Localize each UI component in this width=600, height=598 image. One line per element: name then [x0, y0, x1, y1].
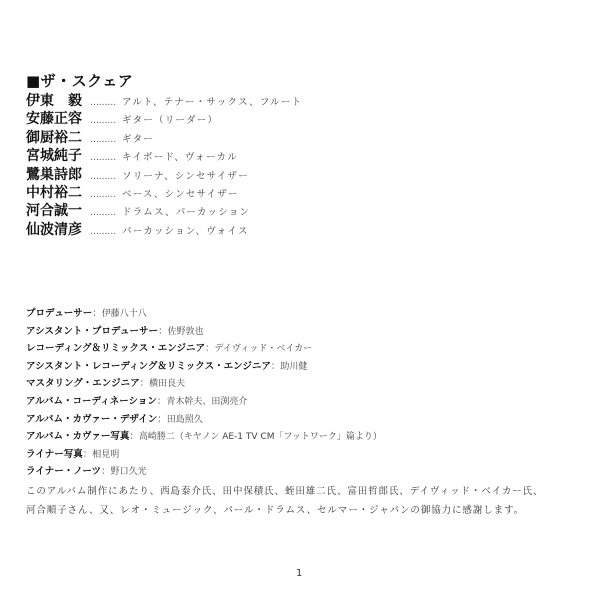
credit-value: 横田良夫 [149, 379, 185, 389]
member-name: 宮城純子 [26, 147, 90, 165]
member-row: 御厨裕二 ……… ギター [26, 129, 302, 147]
member-row: 宮城純子 ……… キイボード、ヴォーカル [26, 147, 302, 165]
credit-label: アルバム・カヴァー写真 [26, 431, 129, 442]
member-row: 河合誠一 ……… ドラムス、パーカッション [26, 202, 302, 220]
credit-value: 佐野敦也 [168, 327, 204, 337]
leader-dots: ……… [90, 223, 122, 241]
leader-dots: ……… [90, 204, 122, 222]
member-row: 鷺巣詩郎 ……… ソリーナ、シンセサイザー [26, 166, 302, 184]
member-name: 河合誠一 [26, 202, 90, 220]
credit-value: 伊藤八十八 [102, 309, 147, 319]
member-row: 安藤正容 ……… ギター（リーダー） [26, 110, 302, 128]
credit-row: ライナー・ノーツ：野口久光 [26, 460, 382, 478]
member-name: 中村裕二 [26, 184, 90, 202]
acknowledgement-line: 河合順子さん、又、レオ・ミュージック、パール・ドラムス、セルマー・ジャパンの御協… [26, 501, 586, 520]
member-role: ドラムス、パーカッション [122, 204, 250, 222]
member-row: 伊東 毅 ……… アルト、テナー・サックス、フルート [26, 92, 302, 110]
member-role: キイボード、ヴォーカル [122, 149, 238, 167]
member-role: アルト、テナー・サックス、フルート [122, 94, 302, 112]
credit-value: 青木幹夫、田渕亮介 [166, 397, 247, 407]
credit-separator: ： [157, 396, 167, 407]
member-role: ギター（リーダー） [122, 112, 218, 130]
credit-label: アシスタント・レコーディング＆リミックス・エンジニア [26, 361, 271, 372]
member-name: 御厨裕二 [26, 129, 90, 147]
credit-separator: ： [83, 449, 93, 460]
credit-row: プロデューサー：伊藤八十八 [26, 302, 382, 320]
credit-label: アルバム・カヴァー・デザイン [26, 414, 157, 425]
member-name: 伊東 毅 [26, 92, 90, 110]
credit-row: マスタリング・エンジニア：横田良夫 [26, 372, 382, 390]
member-role: ベース、シンセサイザー [122, 186, 239, 204]
credit-value: 相見明 [92, 450, 119, 460]
credit-separator: ： [140, 378, 150, 389]
page-number: 1 [296, 568, 302, 579]
credit-label: マスタリング・エンジニア [26, 378, 140, 389]
credit-value: 助川健 [280, 362, 307, 372]
acknowledgement-line: このアルバム制作にあたり、西島泰介氏、田中保積氏、蛭田雄二氏、富田哲郎氏、デイヴ… [26, 482, 586, 501]
band-title: ■ザ・スクェア [26, 70, 302, 92]
credit-row: ライナー写真：相見明 [26, 443, 382, 461]
credit-separator: ： [157, 414, 167, 425]
credit-separator: ： [271, 361, 281, 372]
credit-row: アルバム・コーディネーション：青木幹夫、田渕亮介 [26, 390, 382, 408]
member-name: 安藤正容 [26, 110, 90, 128]
leader-dots: ……… [90, 186, 122, 204]
credit-label: アシスタント・プロデューサー [26, 326, 158, 337]
member-row: 中村裕二 ……… ベース、シンセサイザー [26, 184, 302, 202]
credit-row: レコーディング＆リミックス・エンジニア：デイヴィッド・ベイカー [26, 337, 382, 355]
credit-separator: ： [101, 466, 111, 477]
credit-value: デイヴィッド・ベイカー [215, 344, 313, 354]
leader-dots: ……… [90, 149, 122, 167]
credit-row: アシスタント・レコーディング＆リミックス・エンジニア：助川健 [26, 355, 382, 373]
credit-value: 田島照久 [167, 415, 203, 425]
leader-dots: ……… [90, 112, 122, 130]
credit-label: ライナー・ノーツ [26, 466, 101, 477]
acknowledgements: このアルバム制作にあたり、西島泰介氏、田中保積氏、蛭田雄二氏、富田哲郎氏、デイヴ… [26, 482, 586, 520]
band-members-section: ■ザ・スクェア 伊東 毅 ……… アルト、テナー・サックス、フルート 安藤正容 … [26, 70, 302, 239]
credit-separator: ： [205, 343, 215, 354]
leader-dots: ……… [90, 168, 122, 186]
credit-separator: ： [92, 308, 102, 319]
credit-value: 高崎勝二（キヤノン AE-1 TV CM「フットワーク」篇より） [139, 432, 382, 442]
credit-label: ライナー写真 [26, 449, 83, 460]
leader-dots: ……… [90, 131, 122, 149]
credit-separator: ： [158, 326, 168, 337]
member-role: パーカッション、ヴォイス [122, 223, 249, 241]
leader-dots: ……… [90, 94, 122, 112]
member-role: ギター [122, 131, 154, 149]
member-role: ソリーナ、シンセサイザー [122, 168, 249, 186]
member-name: 仙波清彦 [26, 221, 90, 239]
member-name: 鷺巣詩郎 [26, 166, 90, 184]
member-row: 仙波清彦 ……… パーカッション、ヴォイス [26, 221, 302, 239]
credit-separator: ： [129, 431, 139, 442]
production-credits: プロデューサー：伊藤八十八 アシスタント・プロデューサー：佐野敦也 レコーディン… [26, 302, 382, 478]
credit-label: アルバム・コーディネーション [26, 396, 157, 407]
credit-row: アシスタント・プロデューサー：佐野敦也 [26, 320, 382, 338]
credit-row: アルバム・カヴァー・デザイン：田島照久 [26, 408, 382, 426]
credit-label: プロデューサー [26, 308, 92, 319]
credit-row: アルバム・カヴァー写真：高崎勝二（キヤノン AE-1 TV CM「フットワーク」… [26, 425, 382, 443]
credit-label: レコーディング＆リミックス・エンジニア [26, 343, 205, 354]
credit-value: 野口久光 [111, 467, 147, 477]
